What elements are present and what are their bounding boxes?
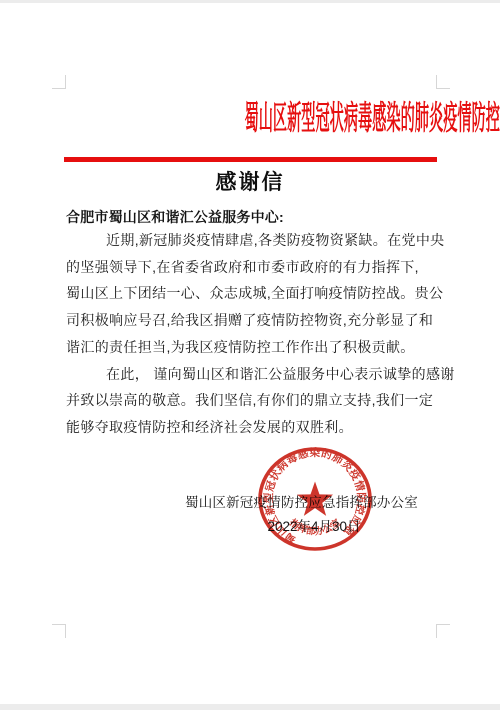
body-line: 司积极响应号召,给我区捐赠了疫情防控物资,充分彰显了和 [66, 311, 438, 329]
letter-page: { "page": { "title": "蜀山区新型冠状病毒感染的肺炎疫情防控… [0, 0, 500, 710]
letterhead-rule [64, 157, 437, 162]
margin-mark-bottom-left [52, 624, 66, 638]
body-line: 在此， 谨向蜀山区和谐汇公益服务中心表示诚挚的感谢 [66, 365, 478, 383]
letter-heading: 感谢信 [0, 166, 500, 196]
salutation: 合肥市蜀山区和谐汇公益服务中心: [66, 207, 284, 227]
margin-mark-top-left [52, 75, 66, 89]
body-line: 的坚强领导下,在省委省政府和市委市政府的有力指挥下, [66, 258, 438, 276]
body-line: 并致以崇高的敬意。我们坚信,有你们的鼎立支持,我们一定 [66, 391, 438, 409]
body-line: 近期,新冠肺炎疫情肆虐,各类防疫物资紧缺。在党中央 [66, 231, 478, 249]
margin-mark-top-right [436, 75, 450, 89]
body-line: 能够夺取疫情防控和经济社会发展的双胜利。 [66, 418, 438, 436]
photo-bottom-edge [0, 704, 500, 710]
body-line: 蜀山区上下团结一心、众志成城,全面打响疫情防控战。贵公 [66, 284, 438, 302]
body-line: 谐汇的责任担当,为我区疫情防控工作作出了积极贡献。 [66, 338, 438, 356]
margin-mark-bottom-right [436, 624, 450, 638]
letterhead-title: 蜀山区新型冠状病毒感染的肺炎疫情防控应急指挥部办公室 [0, 98, 500, 138]
seal-star-icon [297, 482, 333, 516]
photo-top-edge [0, 0, 500, 3]
official-seal: 蜀山区新型冠状病毒感染的肺炎疫情防控应急 指挥部办公室 [255, 445, 375, 553]
letterhead-title-text: 蜀山区新型冠状病毒感染的肺炎疫情防控应急指挥部办公室 [245, 98, 500, 138]
